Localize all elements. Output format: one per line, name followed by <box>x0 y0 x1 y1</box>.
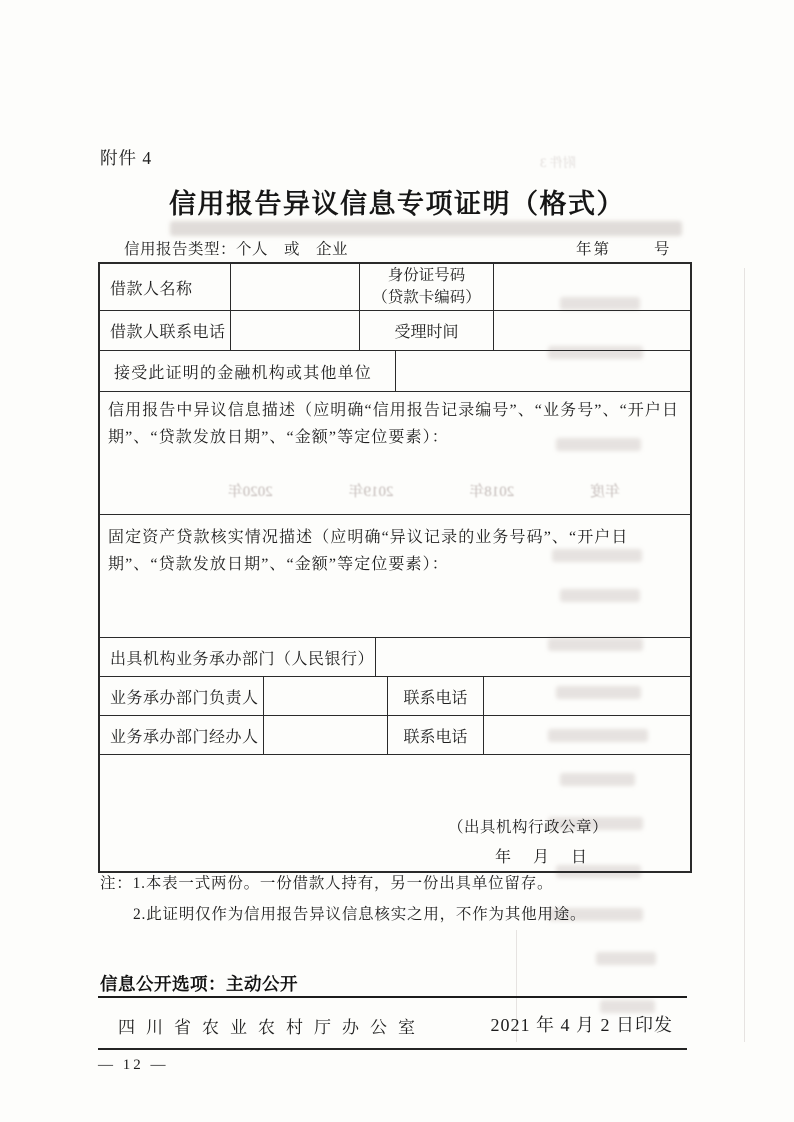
colophon-rule-top <box>98 996 687 998</box>
print-date: 2021 年 4 月 2 日印发 <box>491 1011 674 1037</box>
bleedthrough-gridline <box>744 268 745 1042</box>
table-row: 业务承办部门经办人 联系电话 <box>100 715 690 754</box>
page-title: 信用报告异议信息专项证明（格式） <box>0 182 794 221</box>
acceptance-time-field <box>493 311 690 350</box>
disclosure-option-text: 信息公开选项：主动公开 <box>100 971 298 996</box>
borrower-phone-label: 借款人联系电话 <box>100 311 230 350</box>
colophon-rule-bottom <box>98 1048 687 1050</box>
table-row: 固定资产贷款核实情况描述（应明确“异议记录的业务号码”、“开户日期”、“贷款发放… <box>100 514 690 637</box>
borrower-phone-field <box>230 311 359 350</box>
issuing-department-label: 出具机构业务承办部门（人民银行） <box>100 638 375 676</box>
seal-date-line: 年 月 日 <box>495 844 590 867</box>
attachment-label: 附件 4 <box>100 145 152 170</box>
report-type-line: 信用报告类型：个人 或 企业 年第 号 <box>0 237 794 259</box>
department-handler-field <box>263 716 387 754</box>
id-number-label-line2: （贷款卡编码） <box>372 287 481 309</box>
table-row: 信用报告中异议信息描述（应明确“信用报告记录编号”、“业务号”、“开户日期”、“… <box>100 391 690 514</box>
department-head-field <box>263 677 387 715</box>
table-row: 出具机构业务承办部门（人民银行） <box>100 637 690 676</box>
table-row: 接受此证明的金融机构或其他单位 <box>100 350 690 391</box>
issuing-department-field <box>375 638 690 676</box>
table-row: （出具机构行政公章） 年 月 日 <box>100 754 690 871</box>
accepting-institution-field <box>395 351 690 391</box>
borrower-name-label: 借款人名称 <box>100 264 230 310</box>
bleedthrough-attachment-echo: 附件 3 <box>540 152 576 171</box>
credit-certificate-form-table: 借款人名称 身份证号码 （贷款卡编码） 借款人联系电话 受理时间 接受此证明的金… <box>98 262 692 873</box>
head-contact-phone-field <box>483 677 690 715</box>
colophon-row: 四川省农业农村厅办公室 2021 年 4 月 2 日印发 <box>98 1013 687 1039</box>
id-number-field <box>493 264 690 310</box>
note-line-1: 注：1.本表一式两份。一份借款人持有，另一份出具单位留存。 <box>100 868 586 899</box>
publisher-name: 四川省农业农村厅办公室 <box>118 1013 426 1038</box>
loan-verification-cell: 固定资产贷款核实情况描述（应明确“异议记录的业务号码”、“开户日期”、“贷款发放… <box>100 515 690 637</box>
head-contact-phone-label: 联系电话 <box>387 677 483 715</box>
note-line-2: 2.此证明仅作为信用报告异议信息核实之用，不作为其他用途。 <box>100 899 586 930</box>
bleedthrough-smudge <box>596 952 656 965</box>
accepting-institution-label: 接受此证明的金融机构或其他单位 <box>100 351 395 391</box>
table-row: 借款人名称 身份证号码 （贷款卡编码） <box>100 264 690 310</box>
doc-number-no-label: 号 <box>654 237 670 259</box>
dispute-description-cell: 信用报告中异议信息描述（应明确“信用报告记录编号”、“业务号”、“开户日期”、“… <box>100 392 690 514</box>
table-row: 借款人联系电话 受理时间 <box>100 310 690 350</box>
handler-contact-phone-field <box>483 716 690 754</box>
table-row: 业务承办部门负责人 联系电话 <box>100 676 690 715</box>
handler-contact-phone-label: 联系电话 <box>387 716 483 754</box>
notes-block: 注：1.本表一式两份。一份借款人持有，另一份出具单位留存。 2.此证明仅作为信用… <box>100 868 586 930</box>
department-head-label: 业务承办部门负责人 <box>100 677 263 715</box>
loan-verification-text: 固定资产贷款核实情况描述（应明确“异议记录的业务号码”、“开户日期”、“贷款发放… <box>100 515 690 578</box>
borrower-name-field <box>230 264 359 310</box>
id-number-label-line1: 身份证号码 <box>388 265 466 287</box>
document-page: 附件 3 年度 2018年 2019年 2020年 附件 4 信用报告异议信息专… <box>0 0 794 1122</box>
doc-number-year-label: 年第 <box>576 237 611 259</box>
dispute-description-text: 信用报告中异议信息描述（应明确“信用报告记录编号”、“业务号”、“开户日期”、“… <box>100 392 690 451</box>
acceptance-time-label: 受理时间 <box>359 311 493 350</box>
id-number-label: 身份证号码 （贷款卡编码） <box>359 264 493 310</box>
department-handler-label: 业务承办部门经办人 <box>100 716 263 754</box>
official-seal-hint: （出具机构行政公章） <box>448 815 608 837</box>
page-number: — 12 — <box>98 1057 169 1074</box>
bleedthrough-smudge <box>170 221 682 236</box>
report-type-text: 信用报告类型：个人 或 企业 <box>124 237 348 259</box>
